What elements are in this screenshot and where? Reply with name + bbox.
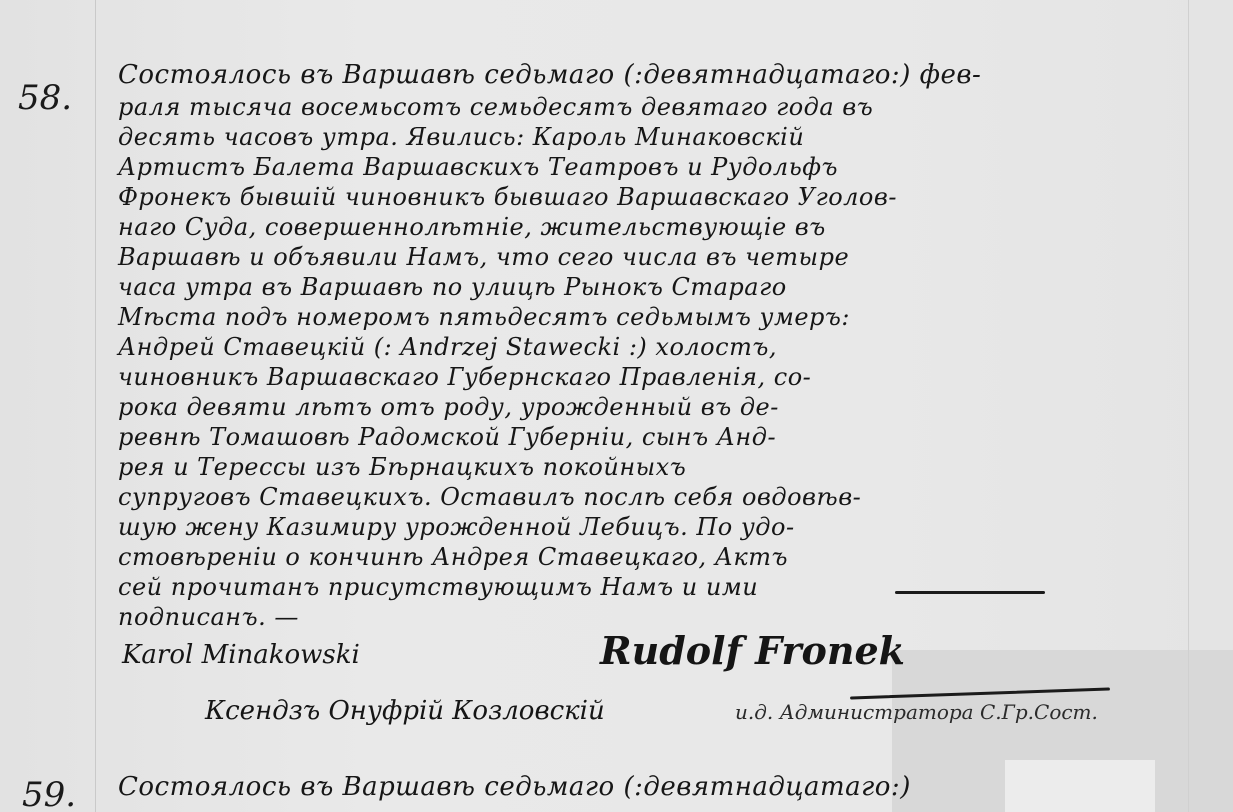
record-line: Состоялось въ Варшавѣ седьмаго (:девятна… (118, 60, 981, 90)
record-line: ревнѣ Томашовѣ Радомской Губерніи, сынъ … (118, 423, 776, 451)
record-line: раля тысяча восемьсотъ семьдесятъ девята… (118, 93, 873, 121)
signature-flourish (895, 591, 1045, 594)
record-line: часа утра въ Варшавѣ по улицѣ Рынокъ Ста… (118, 273, 787, 301)
signature-karol-minakowski: Karol Minakowski (122, 640, 360, 670)
right-margin-rule (1188, 0, 1189, 812)
record-line: шую жену Казимиру урожденной Лебицъ. По … (118, 513, 795, 541)
signature-title: и.д. Администратора С.Гр.Сост. (735, 700, 1098, 724)
record-line: рока девяти лѣтъ отъ роду, урожденный въ… (118, 393, 779, 421)
record-line: сей прочитанъ присутствующимъ Намъ и ими (118, 573, 758, 601)
record-line: стовѣреніи о кончинѣ Андрея Ставецкаго, … (118, 543, 788, 571)
record-line: рея и Терессы изъ Бѣрнацкихъ покойныхъ (118, 453, 686, 481)
record-line: Состоялось въ Варшавѣ седьмаго (:девятна… (118, 772, 911, 802)
record-line: Фронекъ бывшій чиновникъ бывшаго Варшавс… (118, 183, 897, 211)
record-line: Андрей Ставецкій (: Andrzej Stawecki :) … (118, 333, 777, 361)
record-line: подписанъ. — (118, 603, 299, 631)
entry-number: 58. (18, 78, 72, 118)
record-line: Варшавѣ и объявили Намъ, что сего числа … (118, 243, 849, 271)
record-line: супруговъ Ставецкихъ. Оставилъ послѣ себ… (118, 483, 861, 511)
record-line: Артистъ Балета Варшавскихъ Театровъ и Ру… (118, 153, 838, 181)
signature-rudolf-fronek: Rudolf Fronek (600, 628, 905, 673)
record-line: чиновникъ Варшавскаго Губернскаго Правле… (118, 363, 811, 391)
left-margin-rule (95, 0, 96, 812)
record-line: наго Суда, совершеннолѣтніе, жительствую… (118, 213, 826, 241)
signature-priest: Ксендзъ Онуфрій Козловскій (205, 696, 605, 726)
entry-number: 59. (22, 775, 76, 812)
record-line: десять часовъ утра. Явились: Кароль Мина… (118, 123, 804, 151)
scan-patch (1005, 760, 1155, 812)
record-line: Мѣста подъ номеромъ пятьдесятъ седьмымъ … (118, 303, 850, 331)
